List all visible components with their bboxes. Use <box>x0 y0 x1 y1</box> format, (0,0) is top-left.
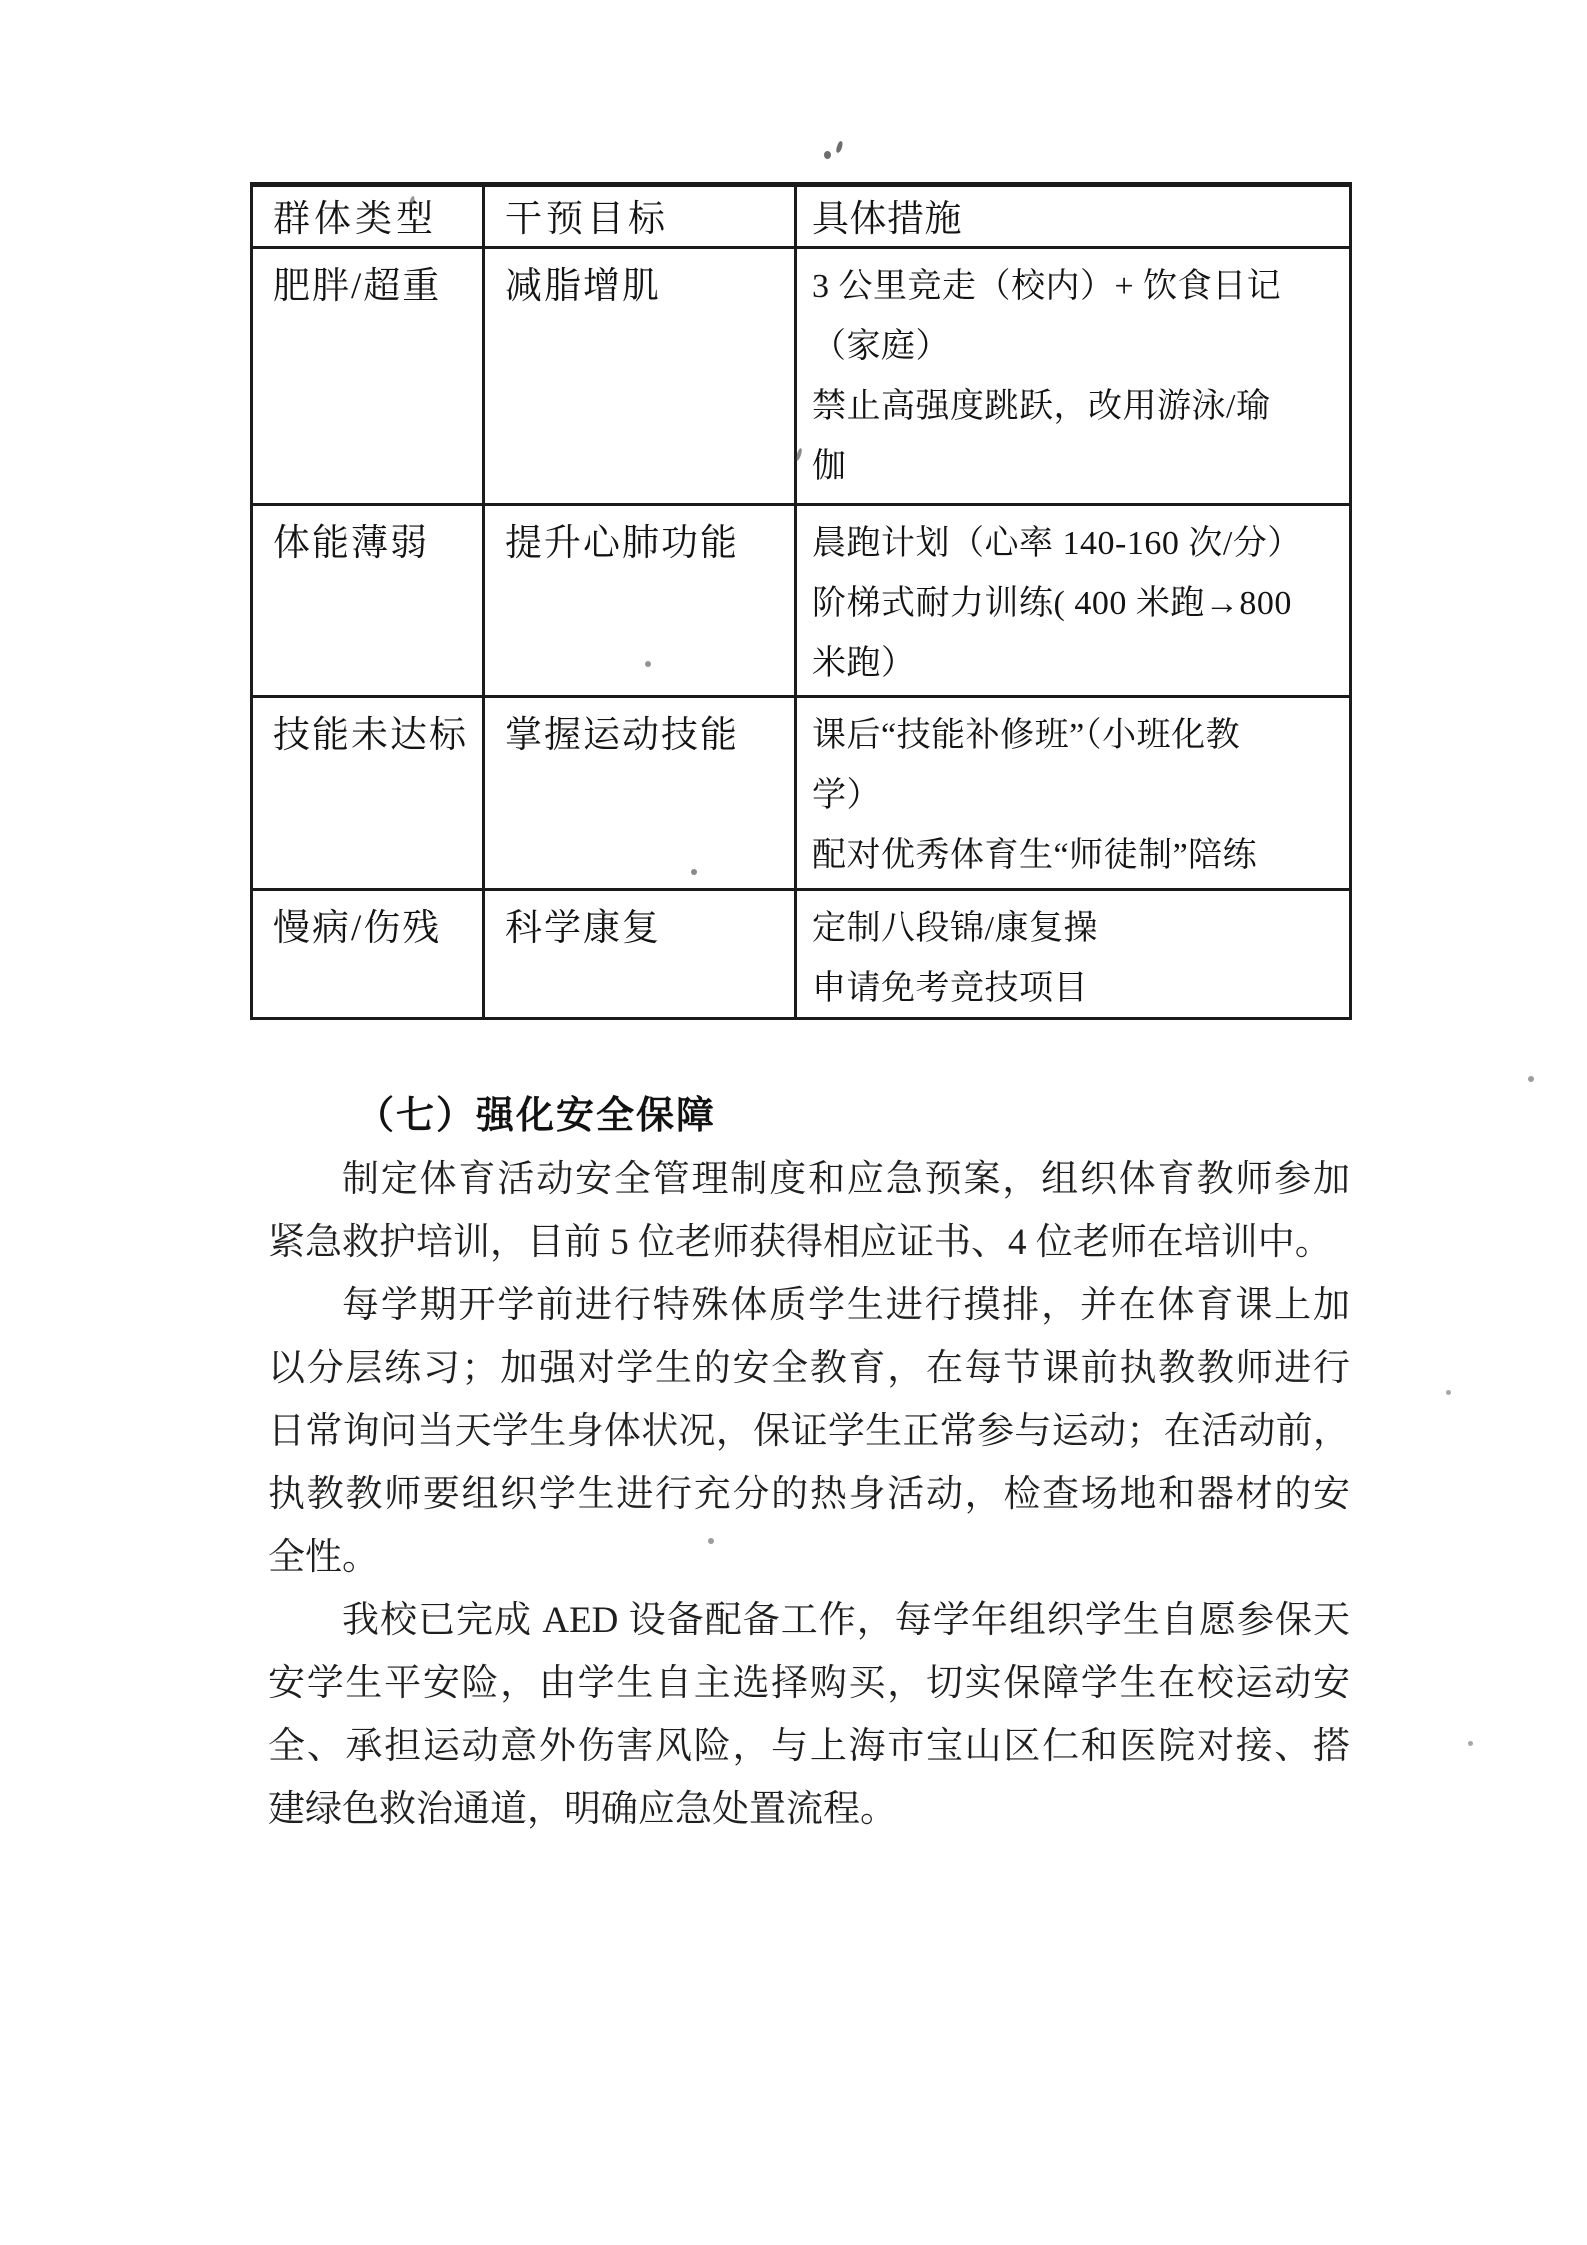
measure-line: 晨跑计划（心率 140-160 次/分） <box>812 514 1343 574</box>
measure-line: 阶梯式耐力训练( 400 米跑→800 <box>812 574 1343 634</box>
section-heading: （七）强化安全保障 <box>268 1085 1350 1148</box>
measure-line: 学） <box>812 766 1343 826</box>
cell-text: 慢病/伤残 <box>273 899 476 959</box>
measure-line: 米跑） <box>812 634 1343 694</box>
cell-text: 提升心肺功能 <box>505 514 788 574</box>
table-cell-measures: 3 公里竞走（校内）+ 饮食日记 （家庭） 禁止高强度跳跃，改用游泳/瑜 伽 <box>797 249 1349 506</box>
paragraph-emergency-training: 制定体育活动安全管理制度和应急预案，组织体育教师参加 紧急救护培训，目前 5 位… <box>268 1148 1350 1274</box>
measure-line: 3 公里竞走（校内）+ 饮食日记 <box>812 257 1343 317</box>
table-cell-goal: 减脂增肌 <box>485 249 797 506</box>
cell-text: 肥胖/超重 <box>273 257 476 317</box>
header-label: 具体措施 <box>812 195 1343 245</box>
text-line: 紧急救护培训，目前 5 位老师获得相应证书、4 位老师在培训中。 <box>268 1211 1350 1274</box>
measure-line: 申请免考竞技项目 <box>812 959 1343 1017</box>
text-line: 以分层练习；加强对学生的安全教育，在每节课前执教教师进行 <box>268 1337 1350 1400</box>
table-cell-group: 体能薄弱 <box>253 506 485 698</box>
scanned-document-page: 群体类型 干预目标 具体措施 肥胖/超重 减脂增肌 3 公里竞走（校内）+ 饮食… <box>0 0 1587 2245</box>
table-cell-measures: 定制八段锦/康复操 申请免考竞技项目 <box>797 891 1349 1017</box>
paragraph-aed-insurance: 我校已完成 AED 设备配备工作，每学年组织学生自愿参保天 安学生平安险，由学生… <box>268 1589 1350 1841</box>
text-line: 日常询问当天学生身体状况，保证学生正常参与运动；在活动前， <box>268 1400 1350 1463</box>
measure-line: （家庭） <box>812 317 1343 377</box>
scan-speck <box>824 151 831 159</box>
table-cell-goal: 科学康复 <box>485 891 797 1017</box>
cell-text: 减脂增肌 <box>505 257 788 317</box>
table-cell-measures: 晨跑计划（心率 140-160 次/分） 阶梯式耐力训练( 400 米跑→800… <box>797 506 1349 698</box>
cell-text: 掌握运动技能 <box>505 706 788 766</box>
text-line: 制定体育活动安全管理制度和应急预案，组织体育教师参加 <box>268 1148 1350 1211</box>
table-cell-goal: 掌握运动技能 <box>485 698 797 891</box>
header-label: 群体类型 <box>273 195 476 245</box>
scan-speck <box>835 141 844 154</box>
paragraph-screening-safety-education: 每学期开学前进行特殊体质学生进行摸排，并在体育课上加 以分层练习；加强对学生的安… <box>268 1274 1350 1589</box>
table-cell-group: 技能未达标 <box>253 698 485 891</box>
header-label: 干预目标 <box>505 195 788 245</box>
scan-speck <box>1446 1390 1451 1395</box>
cell-text: 科学康复 <box>505 899 788 959</box>
text-line: 执教教师要组织学生进行充分的热身活动，检查场地和器材的安 <box>268 1463 1350 1526</box>
intervention-table: 群体类型 干预目标 具体措施 肥胖/超重 减脂增肌 3 公里竞走（校内）+ 饮食… <box>250 182 1352 1020</box>
table-header-measures: 具体措施 <box>797 187 1349 249</box>
text-line: 我校已完成 AED 设备配备工作，每学年组织学生自愿参保天 <box>268 1589 1350 1652</box>
table-cell-group: 肥胖/超重 <box>253 249 485 506</box>
scan-speck <box>708 1538 714 1544</box>
measure-line: 配对优秀体育生“师徒制”陪练 <box>812 826 1343 886</box>
table-cell-goal: 提升心肺功能 <box>485 506 797 698</box>
section-safety-guarantee: （七）强化安全保障 制定体育活动安全管理制度和应急预案，组织体育教师参加 紧急救… <box>268 1085 1350 1841</box>
cell-text: 技能未达标 <box>273 706 476 766</box>
text-line: 建绿色救治通道，明确应急处置流程。 <box>268 1778 1350 1841</box>
scan-speck <box>1468 1741 1473 1746</box>
scan-speck <box>1528 1076 1534 1082</box>
text-line: 全、承担运动意外伤害风险，与上海市宝山区仁和医院对接、搭 <box>268 1715 1350 1778</box>
cell-text: 体能薄弱 <box>273 514 476 574</box>
text-line: 全性。 <box>268 1526 1350 1589</box>
measure-line: 课后“技能补修班”（小班化教 <box>812 706 1343 766</box>
table-cell-group: 慢病/伤残 <box>253 891 485 1017</box>
measure-line: 伽 <box>812 437 1343 497</box>
scan-speck <box>645 661 651 667</box>
table-header-group-type: 群体类型 <box>253 187 485 249</box>
text-line: 安学生平安险，由学生自主选择购买，切实保障学生在校运动安 <box>268 1652 1350 1715</box>
table-cell-measures: 课后“技能补修班”（小班化教 学） 配对优秀体育生“师徒制”陪练 <box>797 698 1349 891</box>
scan-speck <box>691 869 697 875</box>
table-header-goal: 干预目标 <box>485 187 797 249</box>
measure-line: 定制八段锦/康复操 <box>812 899 1343 959</box>
measure-line: 禁止高强度跳跃，改用游泳/瑜 <box>812 377 1343 437</box>
text-line: 每学期开学前进行特殊体质学生进行摸排，并在体育课上加 <box>268 1274 1350 1337</box>
